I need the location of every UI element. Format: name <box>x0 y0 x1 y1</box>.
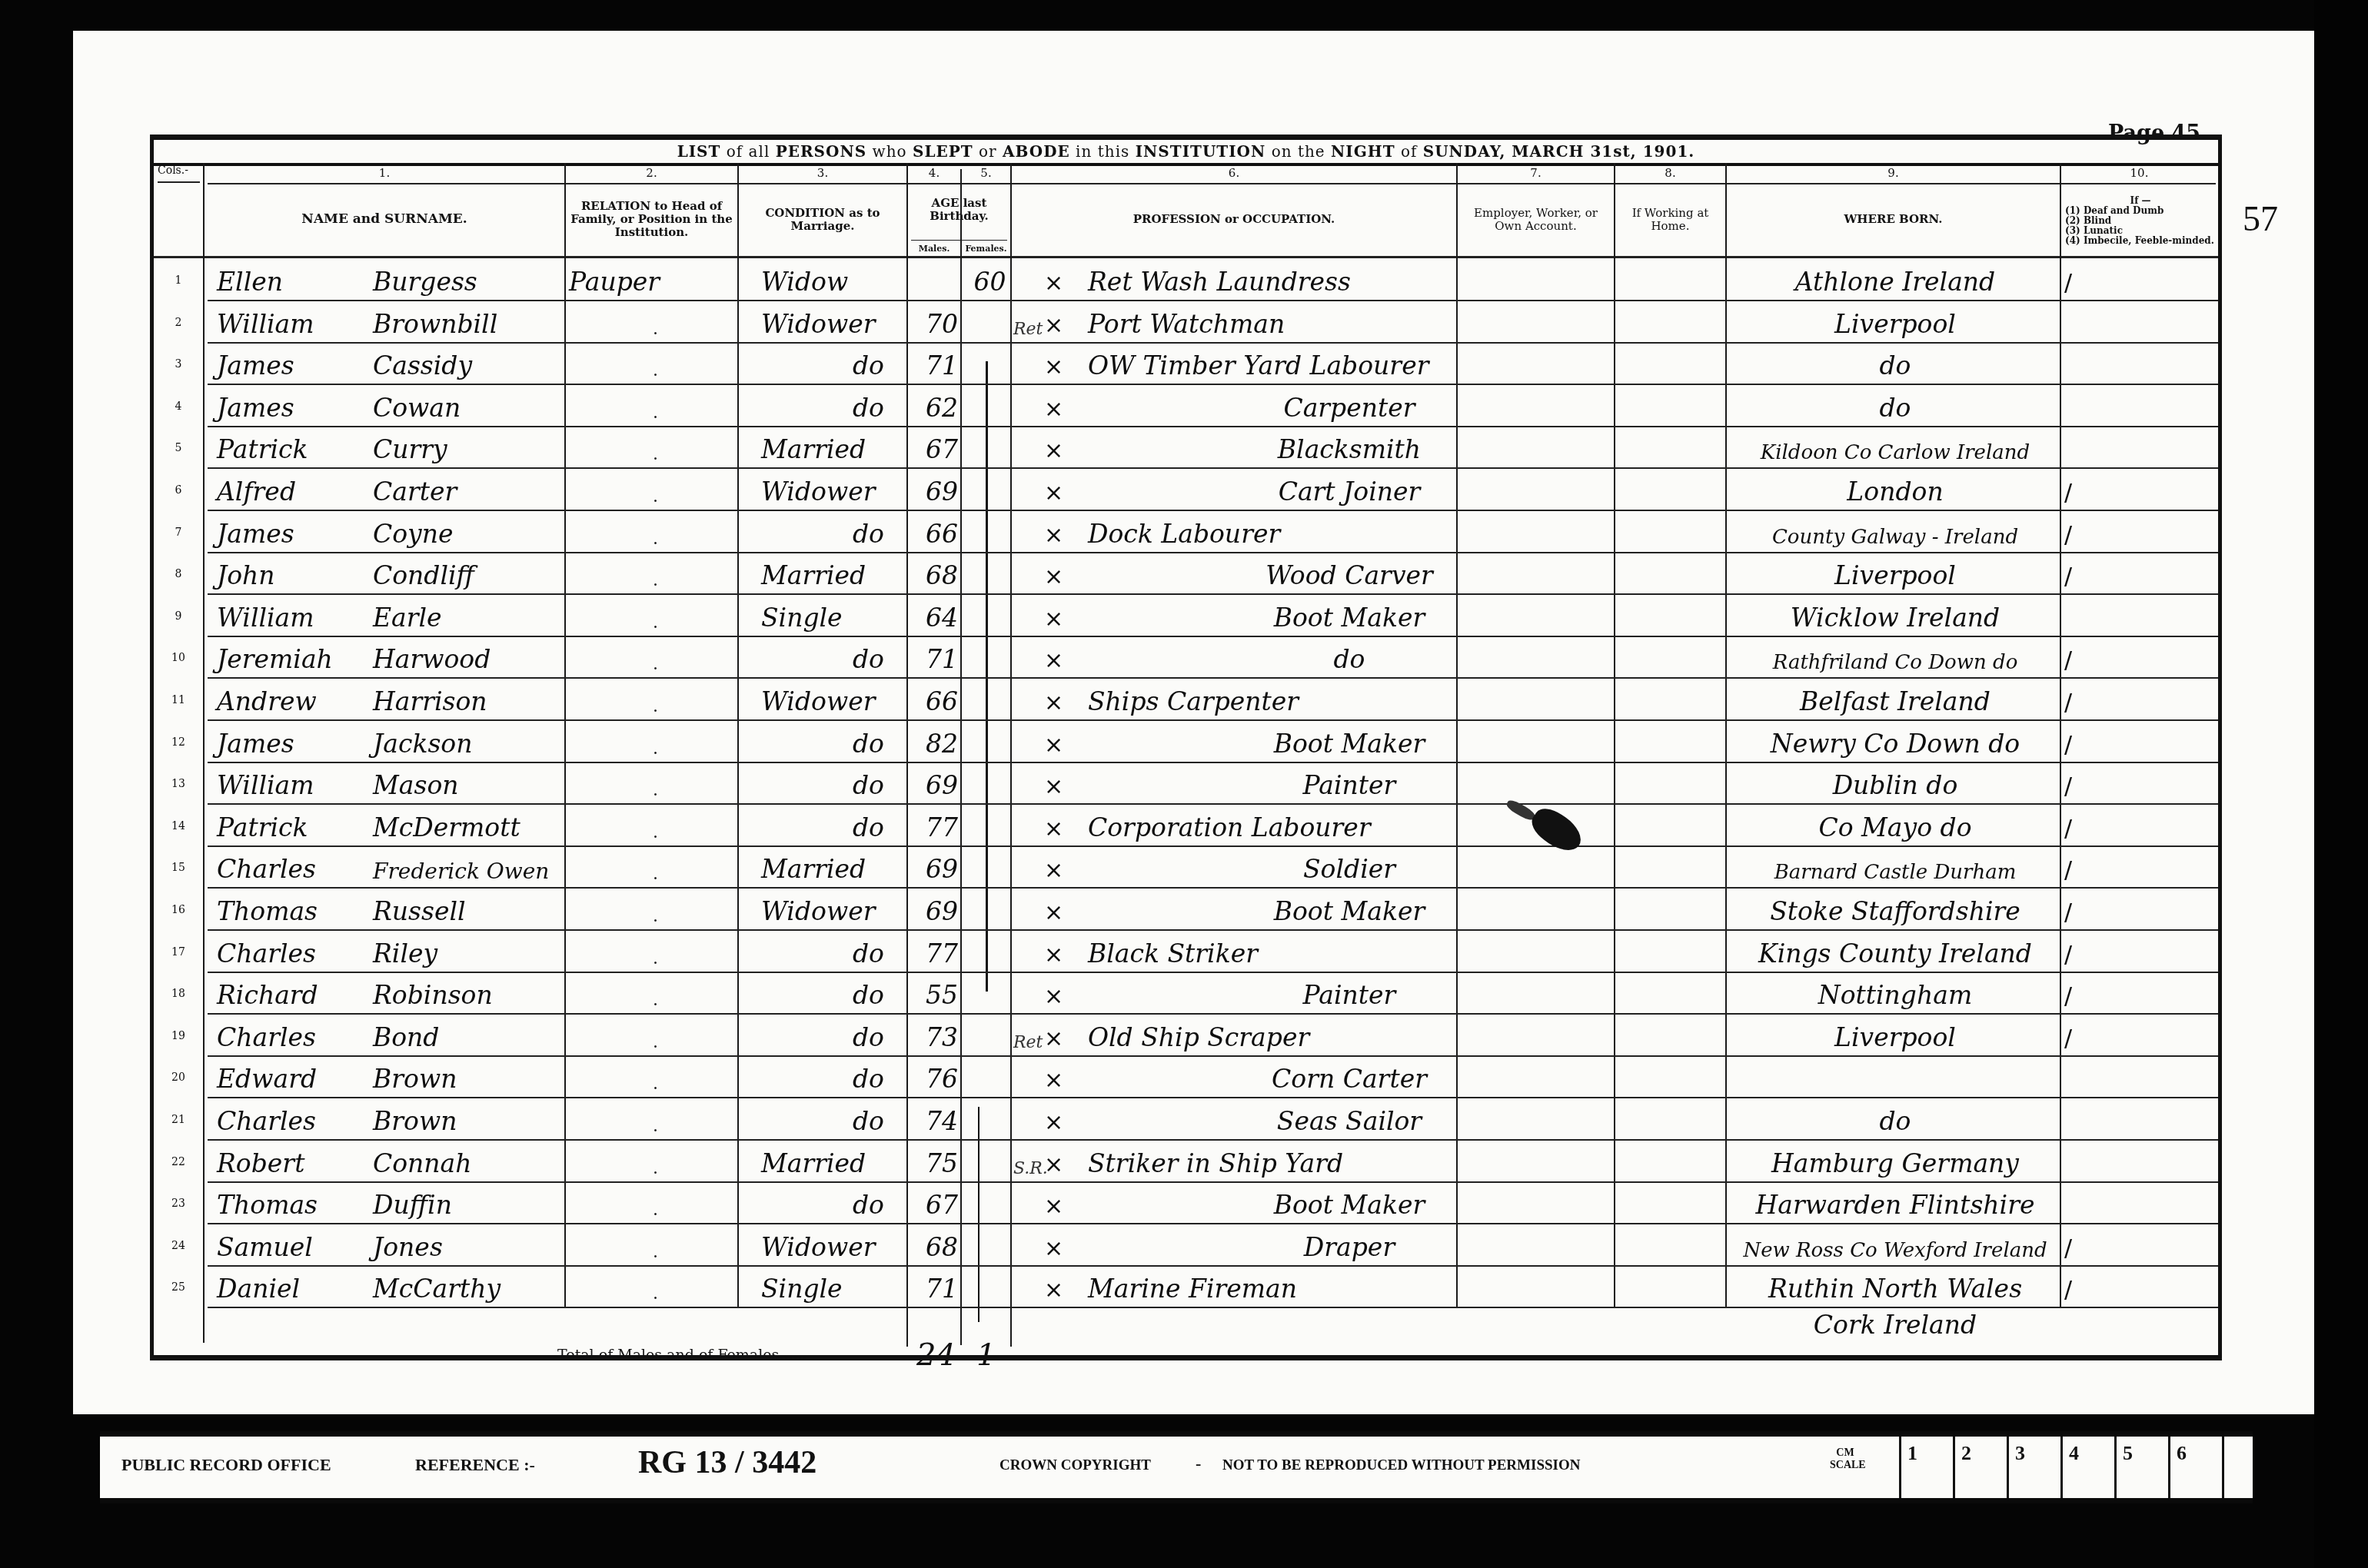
occupation: Soldier <box>1088 847 1611 889</box>
marital-condition: Widower <box>761 1225 907 1267</box>
row-number: 12 <box>154 722 203 763</box>
tick-x-mark-icon: × <box>1044 889 1075 931</box>
age-male: 69 <box>915 470 969 511</box>
relation: . <box>569 1225 742 1267</box>
where-born: Kings County Ireland <box>1730 932 2060 973</box>
age-male: 70 <box>915 302 969 344</box>
divider <box>158 181 200 183</box>
infirmity-tick: / <box>2064 722 2110 763</box>
row-number: 23 <box>154 1183 203 1224</box>
first-name: Andrew <box>217 679 363 721</box>
surname: Russell <box>373 889 573 931</box>
age-female <box>965 679 1015 721</box>
age-male: 68 <box>915 553 969 595</box>
tick-x-mark-icon: × <box>1044 1225 1075 1267</box>
infirmity-tick <box>2064 1099 2110 1141</box>
header-age: AGE last Birthday. <box>907 183 1011 237</box>
occupation: Ret Wash Laundress <box>1088 260 1611 301</box>
table-row: 8JohnCondliff.Married68×Wood CarverLiver… <box>154 553 2218 595</box>
tick-x-mark-icon: × <box>1044 1015 1075 1057</box>
occupation: Draper <box>1088 1225 1611 1267</box>
table-row: 17CharlesRiley.do77×Black StrikerKings C… <box>154 932 2218 973</box>
first-name: Charles <box>217 932 363 973</box>
folio-number: 57 <box>2243 198 2278 239</box>
table-row: 16ThomasRussell.Widower69×Boot MakerStok… <box>154 889 2218 931</box>
where-born: do <box>1730 344 2060 385</box>
marital-condition: do <box>761 1099 907 1141</box>
infirmity-tick: / <box>2064 553 2110 595</box>
header-employer: Employer, Worker, or Own Account. <box>1457 183 1615 256</box>
age-female <box>965 889 1015 931</box>
table-row: 11AndrewHarrison.Widower66×Ships Carpent… <box>154 679 2218 721</box>
first-name: James <box>217 344 363 385</box>
marital-condition: do <box>761 806 907 847</box>
occupation: Old Ship Scraper <box>1088 1015 1611 1057</box>
row-number: 22 <box>154 1141 203 1183</box>
surname: Carter <box>373 470 573 511</box>
archive-office: PUBLIC RECORD OFFICE <box>121 1455 331 1475</box>
infirmity-tick: / <box>2064 932 2110 973</box>
cm-scale-tick: 4 <box>2060 1437 2114 1498</box>
table-row: 14PatrickMcDermott.do77×Corporation Labo… <box>154 806 2218 847</box>
surname: Brown <box>373 1099 573 1141</box>
marital-condition: do <box>761 722 907 763</box>
row-number: 21 <box>154 1099 203 1141</box>
age-male: 69 <box>915 889 969 931</box>
marital-condition: do <box>761 932 907 973</box>
tick-x-mark-icon: × <box>1044 932 1075 973</box>
header-where-born: WHERE BORN. <box>1726 183 2060 256</box>
table-row: 18RichardRobinson.do55×PainterNottingham… <box>154 973 2218 1015</box>
tick-x-mark-icon: × <box>1044 427 1075 469</box>
infirmity-tick <box>2064 1141 2110 1183</box>
row-number: 17 <box>154 932 203 973</box>
table-row: 9WilliamEarle.Single64×Boot MakerWicklow… <box>154 596 2218 637</box>
where-born: Liverpool <box>1730 302 2060 344</box>
relation: . <box>569 806 742 847</box>
surname: Harrison <box>373 679 573 721</box>
marital-condition: do <box>761 1057 907 1098</box>
age-female <box>965 1015 1015 1057</box>
infirmity-tick: / <box>2064 973 2110 1015</box>
table-row: 23ThomasDuffin.do67×Boot MakerHarwarden … <box>154 1183 2218 1224</box>
tick-x-mark-icon: × <box>1044 260 1075 301</box>
where-born: New Ross Co Wexford Ireland <box>1730 1225 2060 1267</box>
tick-x-mark-icon: × <box>1044 386 1075 427</box>
header-working-at-home: If Working at Home. <box>1615 183 1726 256</box>
tick-x-mark-icon: × <box>1044 763 1075 805</box>
relation: . <box>569 512 742 553</box>
first-name: Robert <box>217 1141 363 1183</box>
row-number: 19 <box>154 1015 203 1057</box>
row-number: 2 <box>154 302 203 344</box>
infirmity-tick <box>2064 344 2110 385</box>
infirmity-tick <box>2064 302 2110 344</box>
marital-condition: do <box>761 1183 907 1224</box>
relation: . <box>569 1057 742 1098</box>
first-name: James <box>217 512 363 553</box>
age-female <box>965 763 1015 805</box>
age-female: 60 <box>965 260 1015 301</box>
occupation: do <box>1088 637 1611 679</box>
marital-condition: do <box>761 344 907 385</box>
occupation: OW Timber Yard Labourer <box>1088 344 1611 385</box>
relation: . <box>569 1267 742 1308</box>
age-male: 77 <box>915 932 969 973</box>
relation: . <box>569 427 742 469</box>
col-number-5: 5. <box>961 166 1011 180</box>
first-name: William <box>217 596 363 637</box>
where-born: Liverpool <box>1730 1015 2060 1057</box>
age-male: 71 <box>915 637 969 679</box>
tick-x-mark-icon: × <box>1044 1183 1075 1224</box>
occupation: Wood Carver <box>1088 553 1611 595</box>
relation: . <box>569 302 742 344</box>
relation: . <box>569 386 742 427</box>
age-female <box>965 470 1015 511</box>
occupation: Port Watchman <box>1088 302 1611 344</box>
surname: Connah <box>373 1141 573 1183</box>
age-male: 82 <box>915 722 969 763</box>
age-male: 73 <box>915 1015 969 1057</box>
row-number: 6 <box>154 470 203 511</box>
occupation: Dock Labourer <box>1088 512 1611 553</box>
tick-x-mark-icon: × <box>1044 1141 1075 1183</box>
reference-label: REFERENCE :- <box>415 1455 535 1475</box>
infirmity-tick: / <box>2064 806 2110 847</box>
age-female <box>965 512 1015 553</box>
header-name: NAME and SURNAME. <box>204 183 565 256</box>
surname: Jones <box>373 1225 573 1267</box>
first-name: James <box>217 386 363 427</box>
header-condition: CONDITION as to Marriage. <box>738 183 907 256</box>
surname: Burgess <box>373 260 573 301</box>
row-number: 11 <box>154 679 203 721</box>
marital-condition: Widower <box>761 679 907 721</box>
infirmity-tick: / <box>2064 1225 2110 1267</box>
age-female <box>965 1267 1015 1308</box>
occupation: Blacksmith <box>1088 427 1611 469</box>
marital-condition: do <box>761 512 907 553</box>
marital-condition: Single <box>761 1267 907 1308</box>
relation: . <box>569 889 742 931</box>
where-born: Kildoon Co Carlow Ireland <box>1730 427 2060 469</box>
age-male <box>915 260 969 301</box>
age-female <box>965 1141 1015 1183</box>
first-name: Samuel <box>217 1225 363 1267</box>
infirmity-tick: / <box>2064 889 2110 931</box>
first-name: Alfred <box>217 470 363 511</box>
age-male: 67 <box>915 427 969 469</box>
age-male: 64 <box>915 596 969 637</box>
first-name: Ellen <box>217 260 363 301</box>
header-occupation: PROFESSION or OCCUPATION. <box>1011 183 1457 256</box>
row-number: 10 <box>154 637 203 679</box>
age-male: 66 <box>915 512 969 553</box>
tick-x-mark-icon: × <box>1044 596 1075 637</box>
tick-x-mark-icon: × <box>1044 1099 1075 1141</box>
where-born: Newry Co Down do <box>1730 722 2060 763</box>
table-row: 20EdwardBrown.do76×Corn Carter <box>154 1057 2218 1098</box>
surname: Frederick Owen <box>373 847 573 889</box>
separator: - <box>1196 1453 1201 1473</box>
first-name: Charles <box>217 1015 363 1057</box>
marital-condition: do <box>761 386 907 427</box>
table-row: 5PatrickCurry.Married67×BlacksmithKildoo… <box>154 427 2218 469</box>
occupation: Seas Sailor <box>1088 1099 1611 1141</box>
table-row: 4JamesCowan.do62×Carpenterdo <box>154 386 2218 427</box>
age-female <box>965 302 1015 344</box>
surname: McDermott <box>373 806 573 847</box>
first-name: Charles <box>217 847 363 889</box>
surname: Riley <box>373 932 573 973</box>
table-row: 24SamuelJones.Widower68×DraperNew Ross C… <box>154 1225 2218 1267</box>
marital-condition: Single <box>761 596 907 637</box>
reproduction-notice: NOT TO BE REPRODUCED WITHOUT PERMISSION <box>1222 1457 1580 1474</box>
infirmity-tick: / <box>2064 1267 2110 1308</box>
header-bottom-rule <box>154 256 2218 258</box>
relation: Pauper <box>569 260 742 301</box>
infirmity-tick: / <box>2064 763 2110 805</box>
marital-condition: Widower <box>761 302 907 344</box>
col-number-2: 2. <box>565 166 738 180</box>
table-row: 3JamesCassidy.do71×OW Timber Yard Labour… <box>154 344 2218 385</box>
table-row: 6AlfredCarter.Widower69×Cart JoinerLondo… <box>154 470 2218 511</box>
surname: Duffin <box>373 1183 573 1224</box>
surname: Condliff <box>373 553 573 595</box>
col-number-8: 8. <box>1615 166 1726 180</box>
occupation: Marine Fireman <box>1088 1267 1611 1308</box>
row-number: 20 <box>154 1057 203 1098</box>
age-male: 67 <box>915 1183 969 1224</box>
totals-label: Total of Males and of Females...... <box>557 1347 807 1364</box>
infirmity-tick: / <box>2064 1015 2110 1057</box>
tick-x-mark-icon: × <box>1044 847 1075 889</box>
marital-condition: Married <box>761 427 907 469</box>
age-female <box>965 553 1015 595</box>
where-born: Wicklow Ireland <box>1730 596 2060 637</box>
occupation: Carpenter <box>1088 386 1611 427</box>
age-female <box>965 1225 1015 1267</box>
surname: Cowan <box>373 386 573 427</box>
table-row: 2WilliamBrownbill.Widower70Ret×Port Watc… <box>154 302 2218 344</box>
tick-x-mark-icon: × <box>1044 512 1075 553</box>
where-born: Dublin do <box>1730 763 2060 805</box>
crown-copyright: CROWN COPYRIGHT <box>999 1457 1151 1474</box>
infirmity-tick: / <box>2064 637 2110 679</box>
row-number: 1 <box>154 260 203 301</box>
where-born: Hamburg Germany <box>1730 1141 2060 1183</box>
relation: . <box>569 470 742 511</box>
table-row: 15CharlesFrederick Owen.Married69×Soldie… <box>154 847 2218 889</box>
surname: McCarthy <box>373 1267 573 1308</box>
age-female <box>965 1099 1015 1141</box>
schedule-title: LIST of all PERSONS who SLEPT or ABODE i… <box>154 140 2218 166</box>
row-number: 25 <box>154 1267 203 1308</box>
col-number-7: 7. <box>1457 166 1615 180</box>
surname: Curry <box>373 427 573 469</box>
relation: . <box>569 1099 742 1141</box>
occupation: Boot Maker <box>1088 889 1611 931</box>
relation: . <box>569 932 742 973</box>
where-born: County Galway - Ireland <box>1730 512 2060 553</box>
where-born: Nottingham <box>1730 973 2060 1015</box>
col-number-10: 10. <box>2060 166 2218 180</box>
age-female <box>965 637 1015 679</box>
where-born: Harwarden Flintshire <box>1730 1183 2060 1224</box>
table-row: 21CharlesBrown.do74×Seas Sailordo <box>154 1099 2218 1141</box>
relation: . <box>569 637 742 679</box>
header-males: Males. <box>907 244 961 254</box>
occupation: Boot Maker <box>1088 596 1611 637</box>
where-born: London <box>1730 470 2060 511</box>
first-name: William <box>217 302 363 344</box>
scan-border <box>2314 0 2368 1568</box>
first-name: John <box>217 553 363 595</box>
header-relation: RELATION to Head of Family, or Position … <box>565 183 738 256</box>
cm-scale-tick: 3 <box>2007 1437 2060 1498</box>
tick-x-mark-icon: × <box>1044 553 1075 595</box>
table-row: 12JamesJackson.do82×Boot MakerNewry Co D… <box>154 722 2218 763</box>
surname: Brownbill <box>373 302 573 344</box>
age-female <box>965 427 1015 469</box>
age-female <box>965 1183 1015 1224</box>
relation: . <box>569 553 742 595</box>
table-row: 13WilliamMason.do69×PainterDublin do/ <box>154 763 2218 805</box>
relation: . <box>569 679 742 721</box>
age-male: 75 <box>915 1141 969 1183</box>
col-number-1: 1. <box>204 166 565 180</box>
cm-scale-end <box>2222 1437 2230 1498</box>
infirmity-tick: / <box>2064 679 2110 721</box>
row-number: 24 <box>154 1225 203 1267</box>
cols-label: Cols.- <box>158 164 188 177</box>
where-born: Co Mayo do <box>1730 806 2060 847</box>
age-male: 69 <box>915 847 969 889</box>
surname: Brown <box>373 1057 573 1098</box>
first-name: Richard <box>217 973 363 1015</box>
cm-scale-tick: 5 <box>2114 1437 2168 1498</box>
first-name: William <box>217 763 363 805</box>
occupation: Boot Maker <box>1088 1183 1611 1224</box>
cm-scale-tick: 1 <box>1899 1437 1953 1498</box>
marital-condition: Married <box>761 847 907 889</box>
row-number: 3 <box>154 344 203 385</box>
first-name: Daniel <box>217 1267 363 1308</box>
first-name: Thomas <box>217 1183 363 1224</box>
age-female <box>965 973 1015 1015</box>
age-female <box>965 806 1015 847</box>
table-row: 1EllenBurgessPauperWidow60×Ret Wash Laun… <box>154 260 2218 301</box>
table-row: 22RobertConnah.Married75S.R.×Striker in … <box>154 1141 2218 1183</box>
occupation: Boot Maker <box>1088 722 1611 763</box>
where-born: Stoke Staffordshire <box>1730 889 2060 931</box>
total-females: 1 <box>976 1337 996 1373</box>
surname: Jackson <box>373 722 573 763</box>
tick-x-mark-icon: × <box>1044 344 1075 385</box>
where-born: Liverpool <box>1730 553 2060 595</box>
occupation: Painter <box>1088 763 1611 805</box>
relation: . <box>569 1015 742 1057</box>
col-number-6: 6. <box>1011 166 1457 180</box>
where-born: Barnard Castle Durham <box>1730 847 2060 889</box>
where-born: do <box>1730 386 2060 427</box>
row-number: 4 <box>154 386 203 427</box>
tick-x-mark-icon: × <box>1044 1057 1075 1098</box>
relation: . <box>569 344 742 385</box>
age-male: 66 <box>915 679 969 721</box>
first-name: Edward <box>217 1057 363 1098</box>
row-number: 13 <box>154 763 203 805</box>
surname: Harwood <box>373 637 573 679</box>
infirmity-tick: / <box>2064 260 2110 301</box>
divider <box>911 240 1007 241</box>
age-male: 69 <box>915 763 969 805</box>
infirmity-tick <box>2064 596 2110 637</box>
marital-condition: Married <box>761 553 907 595</box>
relation: . <box>569 1183 742 1224</box>
tick-x-mark-icon: × <box>1044 470 1075 511</box>
surname: Bond <box>373 1015 573 1057</box>
where-born-extra: Cork Ireland <box>1730 1303 2060 1344</box>
relation: . <box>569 847 742 889</box>
marital-condition: do <box>761 973 907 1015</box>
occupation: Painter <box>1088 973 1611 1015</box>
relation: . <box>569 722 742 763</box>
infirmity-tick: / <box>2064 847 2110 889</box>
surname: Mason <box>373 763 573 805</box>
cm-scale-tick: 6 <box>2168 1437 2222 1498</box>
cm-scale-tick: 2 <box>1953 1437 2007 1498</box>
table-row: 7JamesCoyne.do66×Dock LabourerCounty Gal… <box>154 512 2218 553</box>
age-female <box>965 847 1015 889</box>
reference-number: RG 13 / 3442 <box>638 1444 816 1481</box>
first-name: Jeremiah <box>217 637 363 679</box>
where-born: Athlone Ireland <box>1730 260 2060 301</box>
age-male: 74 <box>915 1099 969 1141</box>
marital-condition: Widower <box>761 889 907 931</box>
header-infirmity: If — (1) Deaf and Dumb (2) Blind (3) Lun… <box>2065 196 2216 246</box>
marital-condition: Married <box>761 1141 907 1183</box>
age-male: 77 <box>915 806 969 847</box>
row-number: 9 <box>154 596 203 637</box>
occupation: Ships Carpenter <box>1088 679 1611 721</box>
marital-condition: do <box>761 637 907 679</box>
infirmity-tick: / <box>2064 512 2110 553</box>
relation: . <box>569 596 742 637</box>
age-male: 71 <box>915 344 969 385</box>
occupation: Corn Carter <box>1088 1057 1611 1098</box>
table-row: 10JeremiahHarwood.do71×doRathfriland Co … <box>154 637 2218 679</box>
cm-scale-label: CMSCALE <box>1830 1447 1861 1472</box>
where-born <box>1730 1057 2060 1098</box>
age-male: 55 <box>915 973 969 1015</box>
marital-condition: Widow <box>761 260 907 301</box>
infirmity-tick <box>2064 386 2110 427</box>
row-number: 15 <box>154 847 203 889</box>
row-number: 14 <box>154 806 203 847</box>
first-name: Thomas <box>217 889 363 931</box>
row-number: 16 <box>154 889 203 931</box>
col-number-3: 3. <box>738 166 907 180</box>
relation: . <box>569 763 742 805</box>
age-male: 76 <box>915 1057 969 1098</box>
surname: Coyne <box>373 512 573 553</box>
surname: Earle <box>373 596 573 637</box>
age-female <box>965 1057 1015 1098</box>
surname: Robinson <box>373 973 573 1015</box>
infirmity-tick: / <box>2064 470 2110 511</box>
